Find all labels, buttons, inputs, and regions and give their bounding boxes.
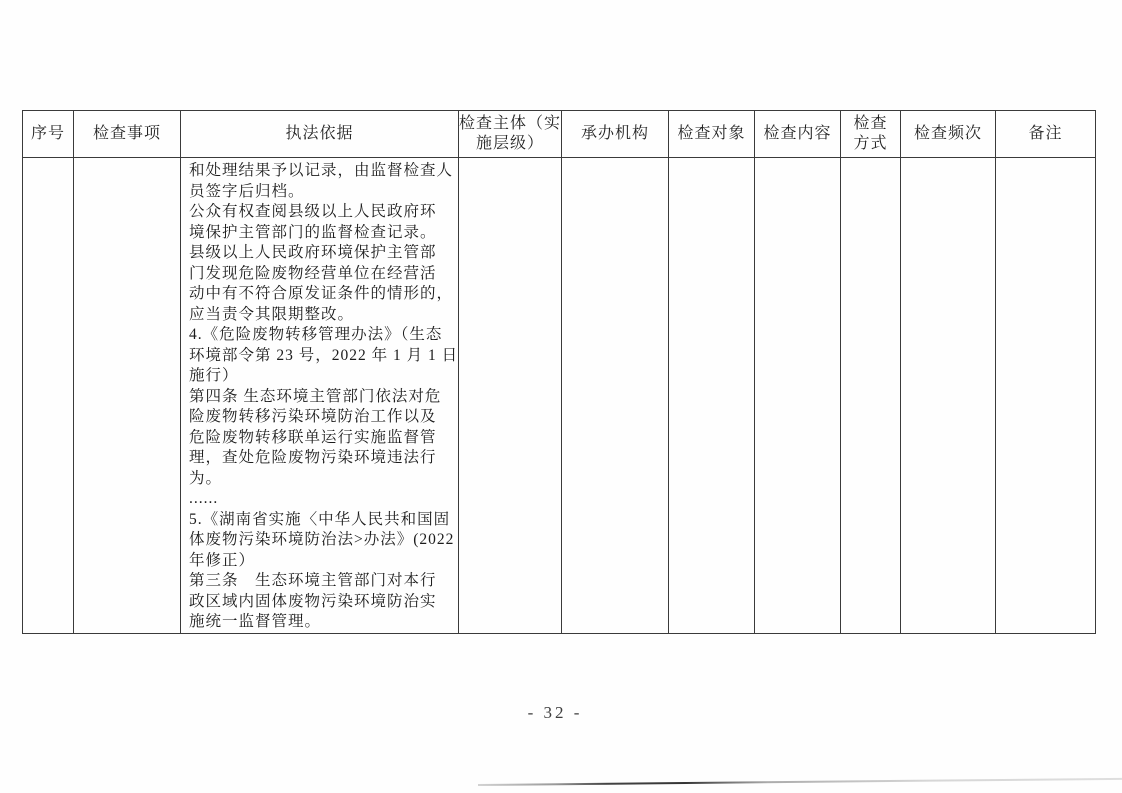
text-line: 应当责令其限期整改。 bbox=[189, 305, 454, 326]
cell-serial-number bbox=[23, 158, 74, 634]
text-line: 序号 bbox=[23, 124, 73, 144]
text-line: 员签字后归档。 bbox=[189, 182, 454, 203]
header-cell-inspection-frequency: 检查频次 bbox=[901, 111, 996, 158]
header-cell-inspection-matter: 检查事项 bbox=[74, 111, 181, 158]
text-line: 检查 bbox=[841, 114, 900, 134]
text-line: 县级以上人民政府环境保护主管部 bbox=[189, 243, 454, 264]
text-line: 政区域内固体废物污染环境防治实 bbox=[189, 592, 454, 613]
text-line: 4.《危险废物转移管理办法》（生态 bbox=[189, 325, 454, 346]
scanned-document-page: 序号 检查事项 执法依据 检查主体（实施层级） 承办机构 检查对象 检查内容 检… bbox=[0, 0, 1122, 793]
text-line: 执法依据 bbox=[181, 124, 458, 144]
header-cell-legal-basis: 执法依据 bbox=[181, 111, 459, 158]
header-cell-serial-number: 序号 bbox=[23, 111, 74, 158]
header-cell-inspection-subject: 检查主体（实施层级） bbox=[459, 111, 562, 158]
page-number: - 32 - bbox=[0, 703, 1110, 723]
scan-artifact-line bbox=[478, 778, 1122, 786]
header-cell-inspection-content: 检查内容 bbox=[755, 111, 841, 158]
text-line: 动中有不符合原发证条件的情形的， bbox=[189, 284, 454, 305]
table-body: 和处理结果予以记录，由监督检查人员签字后归档。公众有权查阅县级以上人民政府环境保… bbox=[23, 158, 1096, 634]
cell-remarks bbox=[996, 158, 1096, 634]
text-line: 危险废物转移联单运行实施监督管 bbox=[189, 428, 454, 449]
text-line: 环境部令第 23 号，2022 年 1 月 1 日 bbox=[189, 346, 454, 367]
text-line: 体废物污染环境防治法>办法》(2022 bbox=[189, 530, 454, 551]
text-line: 门发现危险废物经营单位在经营活 bbox=[189, 264, 454, 285]
text-line: 施层级） bbox=[459, 134, 561, 154]
text-line: 为。 bbox=[189, 469, 454, 490]
header-cell-inspection-object: 检查对象 bbox=[669, 111, 755, 158]
text-line: 5.《湖南省实施〈中华人民共和国固 bbox=[189, 510, 454, 531]
cell-inspection-object bbox=[669, 158, 755, 634]
text-line: 承办机构 bbox=[562, 124, 668, 144]
cell-legal-basis: 和处理结果予以记录，由监督检查人员签字后归档。公众有权查阅县级以上人民政府环境保… bbox=[181, 158, 459, 634]
cell-inspection-subject bbox=[459, 158, 562, 634]
table-header-row: 序号 检查事项 执法依据 检查主体（实施层级） 承办机构 检查对象 检查内容 检… bbox=[23, 111, 1096, 158]
cell-inspection-matter bbox=[74, 158, 181, 634]
text-line: 检查内容 bbox=[755, 124, 840, 144]
text-line: 第三条 生态环境主管部门对本行 bbox=[189, 571, 454, 592]
header-cell-inspection-method: 检查方式 bbox=[841, 111, 901, 158]
text-line: 备注 bbox=[996, 124, 1095, 144]
legal-basis-text: 和处理结果予以记录，由监督检查人员签字后归档。公众有权查阅县级以上人民政府环境保… bbox=[181, 158, 458, 633]
text-line: 理，查处危险废物污染环境违法行 bbox=[189, 448, 454, 469]
cell-handling-agency bbox=[562, 158, 669, 634]
text-line: 和处理结果予以记录，由监督检查人 bbox=[189, 161, 454, 182]
text-line: 境保护主管部门的监督检查记录。 bbox=[189, 223, 454, 244]
cell-inspection-content bbox=[755, 158, 841, 634]
text-line: 检查对象 bbox=[669, 124, 754, 144]
text-line: 方式 bbox=[841, 134, 900, 154]
text-line: 公众有权查阅县级以上人民政府环 bbox=[189, 202, 454, 223]
text-line: 施统一监督管理。 bbox=[189, 612, 454, 633]
text-line: 险废物转移污染环境防治工作以及 bbox=[189, 407, 454, 428]
text-line: 检查主体（实 bbox=[459, 114, 561, 134]
text-line: 第四条 生态环境主管部门依法对危 bbox=[189, 387, 454, 408]
table-row: 和处理结果予以记录，由监督检查人员签字后归档。公众有权查阅县级以上人民政府环境保… bbox=[23, 158, 1096, 634]
text-line: 检查事项 bbox=[74, 124, 180, 144]
cell-inspection-frequency bbox=[901, 158, 996, 634]
header-cell-remarks: 备注 bbox=[996, 111, 1096, 158]
inspection-matters-table: 序号 检查事项 执法依据 检查主体（实施层级） 承办机构 检查对象 检查内容 检… bbox=[22, 110, 1096, 634]
cell-inspection-method bbox=[841, 158, 901, 634]
header-cell-handling-agency: 承办机构 bbox=[562, 111, 669, 158]
text-line: 检查频次 bbox=[901, 124, 995, 144]
text-line: 施行） bbox=[189, 366, 454, 387]
text-line: ...... bbox=[189, 489, 454, 510]
text-line: 年修正） bbox=[189, 551, 454, 572]
